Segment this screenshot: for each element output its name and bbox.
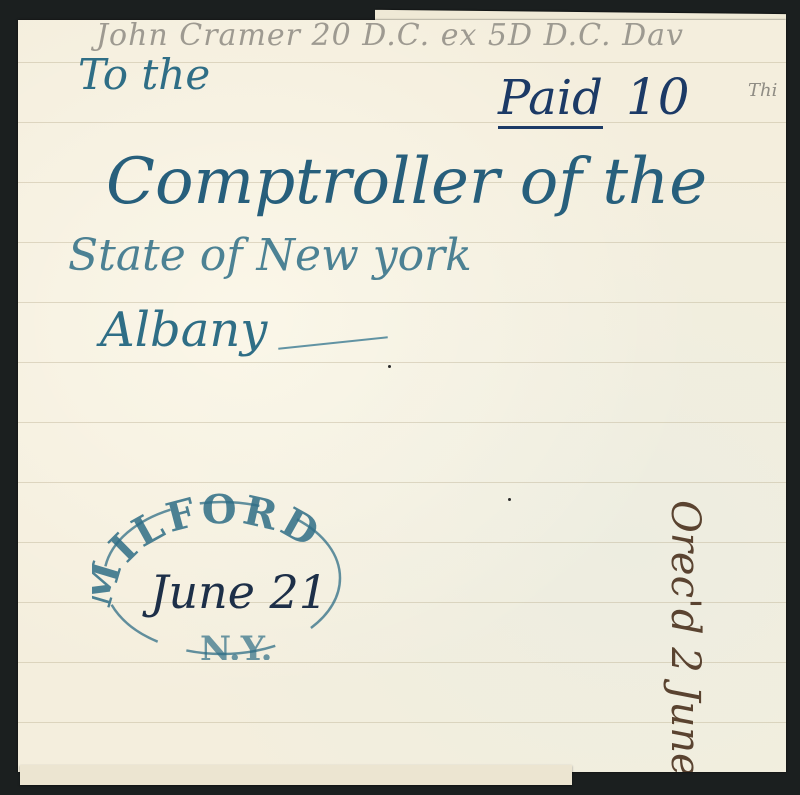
address-line-2: Comptroller of the bbox=[106, 145, 707, 219]
ruled-line bbox=[18, 362, 786, 363]
paid-label: Paid bbox=[498, 70, 603, 129]
ink-speck bbox=[508, 498, 511, 501]
paid-marking: Paid 10 bbox=[498, 68, 672, 126]
ink-speck bbox=[388, 365, 391, 368]
bottom-fold-flap bbox=[20, 765, 572, 785]
pencil-notation: John Cramer 20 D.C. ex 5D D.C. Dav bbox=[96, 20, 684, 53]
milford-postmark: MILFORD N.Y. June 21 bbox=[92, 490, 352, 660]
address-line-4: Albany bbox=[100, 302, 267, 358]
pencil-margin-note: Thi bbox=[748, 80, 777, 101]
ruled-line bbox=[18, 422, 786, 423]
postmark-oval-icon: MILFORD N.Y. June 21 bbox=[92, 490, 352, 660]
address-line-1: To the bbox=[78, 50, 210, 99]
address-line-3: State of New york bbox=[68, 230, 472, 281]
address-underline-flourish bbox=[278, 336, 388, 349]
ruled-line bbox=[18, 482, 786, 483]
docket-vertical: Orec'd 2 June bbox=[662, 500, 708, 772]
postmark-state: N.Y. bbox=[200, 629, 272, 660]
paid-amount: 10 bbox=[626, 68, 690, 126]
postmark-date: June 21 bbox=[142, 565, 328, 619]
